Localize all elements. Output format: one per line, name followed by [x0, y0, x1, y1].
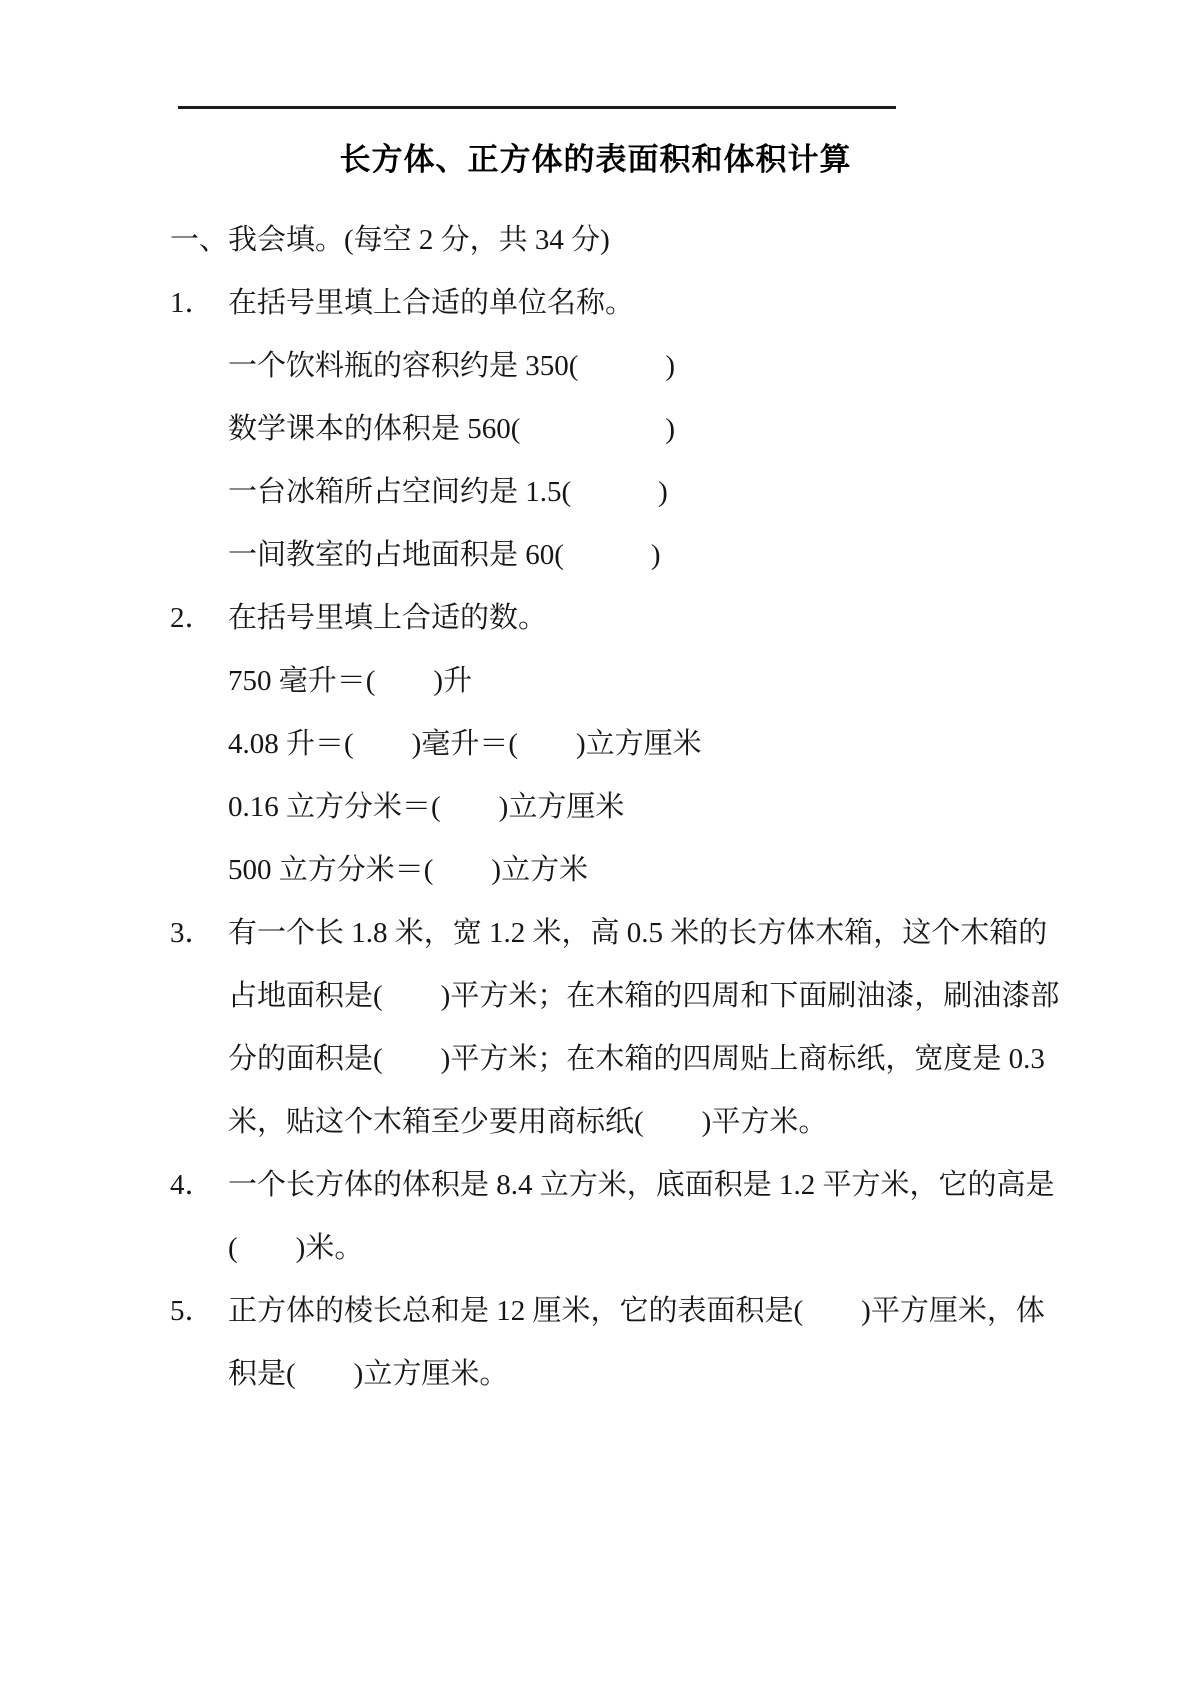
question-1-prompt: 在括号里填上合适的单位名称。: [228, 272, 1050, 335]
worksheet-body: 一、我会填。(每空 2 分，共 34 分) 1． 在括号里填上合适的单位名称。 …: [170, 209, 1050, 1406]
question-2-prompt: 在括号里填上合适的数。: [228, 587, 1050, 650]
continuation-line-text: 米，贴这个木箱至少要用商标纸( )平方米。: [228, 1091, 1050, 1154]
section-heading: 一、我会填。(每空 2 分，共 34 分): [170, 209, 1050, 272]
blank-line-text: 500 立方分米＝( )立方米: [228, 839, 1050, 902]
question-2-blank-line-2: 4.08 升＝( )毫升＝( )立方厘米: [170, 713, 1050, 776]
question-3-continuation-1: 占地面积是( )平方米；在木箱的四周和下面刷油漆，刷油漆部: [170, 965, 1050, 1028]
blank-line-text: 数学课本的体积是 560( ): [228, 398, 1050, 461]
question-3-prompt: 有一个长 1.8 米，宽 1.2 米，高 0.5 米的长方体木箱，这个木箱的: [228, 902, 1050, 965]
blank-line-text: 4.08 升＝( )毫升＝( )立方厘米: [228, 713, 1050, 776]
question-1-blank-line-1: 一个饮料瓶的容积约是 350( ): [170, 335, 1050, 398]
question-3: 3． 有一个长 1.8 米，宽 1.2 米，高 0.5 米的长方体木箱，这个木箱…: [170, 902, 1050, 965]
question-4-prompt: 一个长方体的体积是 8.4 立方米，底面积是 1.2 平方米，它的高是: [228, 1154, 1055, 1217]
header-divider: [178, 106, 896, 109]
question-1-blank-line-3: 一台冰箱所占空间约是 1.5( ): [170, 461, 1050, 524]
question-5-continuation-1: 积是( )立方厘米。: [170, 1343, 1050, 1406]
blank-line-text: 一个饮料瓶的容积约是 350( ): [228, 335, 1050, 398]
continuation-line-text: 占地面积是( )平方米；在木箱的四周和下面刷油漆，刷油漆部: [228, 965, 1059, 1028]
question-2-number: 2．: [170, 587, 228, 650]
section-heading-text: 一、我会填。(每空 2 分，共 34 分): [170, 209, 1050, 272]
question-2: 2． 在括号里填上合适的数。: [170, 587, 1050, 650]
question-1-blank-line-2: 数学课本的体积是 560( ): [170, 398, 1050, 461]
worksheet-page: 长方体、正方体的表面积和体积计算 一、我会填。(每空 2 分，共 34 分) 1…: [0, 0, 1191, 1684]
continuation-line-text: 分的面积是( )平方米；在木箱的四周贴上商标纸，宽度是 0.3: [228, 1028, 1050, 1091]
question-4-continuation-1: ( )米。: [170, 1217, 1050, 1280]
question-3-continuation-2: 分的面积是( )平方米；在木箱的四周贴上商标纸，宽度是 0.3: [170, 1028, 1050, 1091]
question-2-blank-line-3: 0.16 立方分米＝( )立方厘米: [170, 776, 1050, 839]
question-5: 5． 正方体的棱长总和是 12 厘米，它的表面积是( )平方厘米，体: [170, 1280, 1050, 1343]
question-4: 4． 一个长方体的体积是 8.4 立方米，底面积是 1.2 平方米，它的高是: [170, 1154, 1050, 1217]
blank-line-text: 一台冰箱所占空间约是 1.5( ): [228, 461, 1050, 524]
question-2-blank-line-1: 750 毫升＝( )升: [170, 650, 1050, 713]
blank-line-text: 0.16 立方分米＝( )立方厘米: [228, 776, 1050, 839]
continuation-line-text: ( )米。: [228, 1217, 1050, 1280]
question-1-number: 1．: [170, 272, 228, 335]
question-1: 1． 在括号里填上合适的单位名称。: [170, 272, 1050, 335]
page-title: 长方体、正方体的表面积和体积计算: [0, 138, 1191, 182]
continuation-line-text: 积是( )立方厘米。: [228, 1343, 1050, 1406]
question-4-number: 4．: [170, 1154, 228, 1217]
question-5-prompt: 正方体的棱长总和是 12 厘米，它的表面积是( )平方厘米，体: [228, 1280, 1050, 1343]
question-2-blank-line-4: 500 立方分米＝( )立方米: [170, 839, 1050, 902]
blank-line-text: 一间教室的占地面积是 60( ): [228, 524, 1050, 587]
blank-line-text: 750 毫升＝( )升: [228, 650, 1050, 713]
question-3-continuation-3: 米，贴这个木箱至少要用商标纸( )平方米。: [170, 1091, 1050, 1154]
question-1-blank-line-4: 一间教室的占地面积是 60( ): [170, 524, 1050, 587]
question-5-number: 5．: [170, 1280, 228, 1343]
question-3-number: 3．: [170, 902, 228, 965]
